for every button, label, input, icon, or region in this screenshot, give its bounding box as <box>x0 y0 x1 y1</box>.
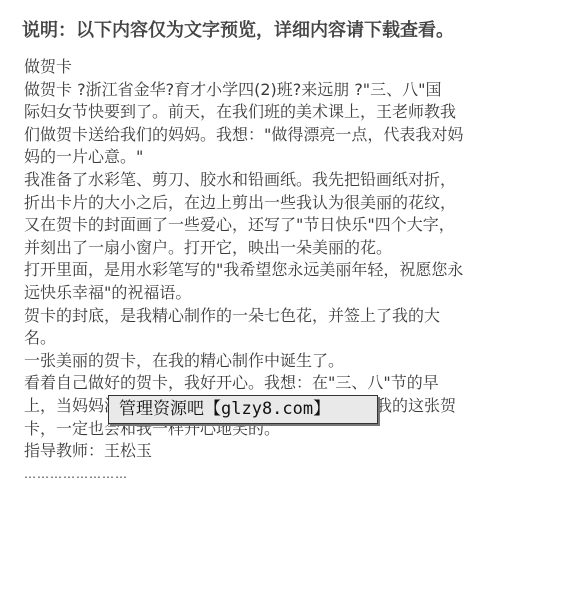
teacher-credit: 指导教师：王松玉 <box>24 440 554 463</box>
paragraph-line: 折出卡片的大小之后，在边上剪出一些我认为很美丽的花纹， <box>24 192 554 215</box>
paragraph-line: 一张美丽的贺卡，在我的精心制作中诞生了。 <box>24 350 554 373</box>
document-title: 做贺卡 <box>24 56 554 79</box>
preview-notice: 说明：以下内容仅为文字预览，详细内容请下载查看。 <box>22 16 454 42</box>
ellipsis-divider: …………………… <box>24 463 554 485</box>
paragraph-line: 妈的一片心意。" <box>24 146 554 169</box>
paragraph-line: 又在贺卡的封面画了一些爱心，还写了"节日快乐"四个大字， <box>24 214 554 237</box>
paragraph-line: 我准备了水彩笔、剪刀、胶水和铅画纸。我先把铅画纸对折， <box>24 169 554 192</box>
paragraph-line: 打开里面，是用水彩笔写的"我希望您永远美丽年轻，祝愿您永 <box>24 259 554 282</box>
paragraph-line: 做贺卡 ?浙江省金华?育才小学四(2)班?来远朋 ?"三、八"国 <box>24 79 554 102</box>
paragraph-line: 并刻出了一扇小窗户。打开它，映出一朵美丽的花。 <box>24 237 554 260</box>
paragraph-line: 们做贺卡送给我们的妈妈。我想："做得漂亮一点，代表我对妈 <box>24 124 554 147</box>
paragraph-line: 贺卡的封底，是我精心制作的一朵七色花，并签上了我的大 <box>24 305 554 328</box>
watermark-banner: 管理资源吧【glzy8.com】 <box>108 395 378 424</box>
paragraph-line: 名。 <box>24 327 554 350</box>
paragraph-line: 看着自己做好的贺卡，我好开心。我想：在"三、八"节的早 <box>24 372 554 395</box>
paragraph-line: 远快乐幸福"的祝福语。 <box>24 282 554 305</box>
paragraph-line: 际妇女节快要到了。前天，在我们班的美术课上，王老师教我 <box>24 101 554 124</box>
